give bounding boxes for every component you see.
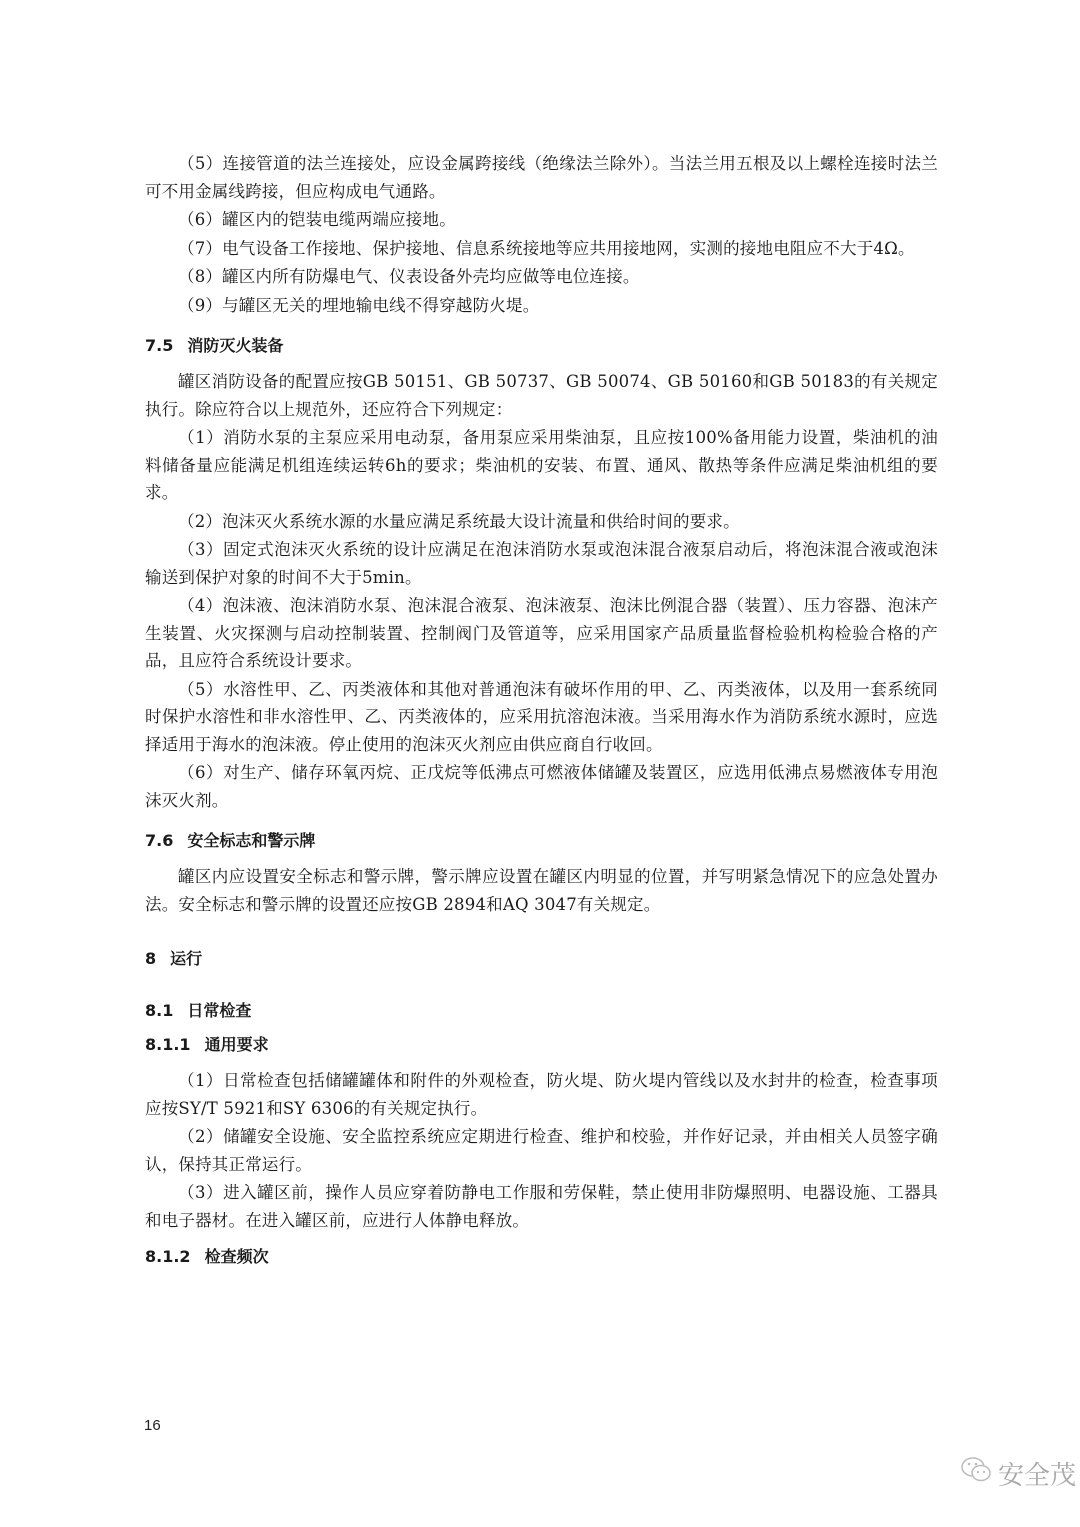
section-number: 8.1 (145, 999, 173, 1023)
section-number: 7.5 (145, 334, 173, 358)
paragraph: （1）日常检查包括储罐罐体和附件的外观检查，防火堤、防火堤内管线以及水封井的检查… (145, 1067, 938, 1122)
paragraph: （2）储罐安全设施、安全监控系统应定期进行检查、维护和校验，并作好记录，并由相关… (145, 1123, 938, 1178)
section-title: 检查频次 (205, 1247, 269, 1266)
paragraph: （5）水溶性甲、乙、丙类液体和其他对普通泡沫有破坏作用的甲、乙、丙类液体，以及用… (145, 676, 938, 759)
watermark: 安全茂 (960, 1455, 1076, 1492)
section-heading-8-1-2: 8.1.2检查频次 (145, 1245, 938, 1269)
section-heading-8-1: 8.1日常检查 (145, 999, 938, 1023)
section-title: 消防灭火装备 (187, 336, 283, 355)
paragraph: （8）罐区内所有防爆电气、仪表设备外壳均应做等电位连接。 (145, 263, 938, 291)
section-number: 8 (145, 947, 156, 971)
paragraph: （3）固定式泡沫灭火系统的设计应满足在泡沫消防水泵或泡沫混合液泵启动后，将泡沫混… (145, 536, 938, 591)
paragraph: （1）消防水泵的主泵应采用电动泵，备用泵应采用柴油泵，且应按100%备用能力设置… (145, 424, 938, 507)
section-number: 8.1.1 (145, 1033, 191, 1057)
section-title: 通用要求 (205, 1035, 269, 1054)
section-title: 运行 (170, 949, 202, 968)
section-title: 安全标志和警示牌 (187, 831, 315, 850)
paragraph: （6）罐区内的铠装电缆两端应接地。 (145, 206, 938, 234)
paragraph: （2）泡沫灭火系统水源的水量应满足系统最大设计流量和供给时间的要求。 (145, 508, 938, 536)
paragraph: （7）电气设备工作接地、保护接地、信息系统接地等应共用接地网，实测的接地电阻应不… (145, 235, 938, 263)
chapter-heading-8: 8运行 (145, 947, 938, 971)
section-title: 日常检查 (187, 1001, 251, 1020)
section-heading-7-5: 7.5消防灭火装备 (145, 334, 938, 358)
paragraph: 罐区内应设置安全标志和警示牌，警示牌应设置在罐区内明显的位置，并写明紧急情况下的… (145, 863, 938, 918)
paragraph: 罐区消防设备的配置应按GB 50151、GB 50737、GB 50074、GB… (145, 368, 938, 423)
document-page: （5）连接管道的法兰连接处，应设金属跨接线（绝缘法兰除外）。当法兰用五根及以上螺… (145, 150, 938, 1269)
section-number: 8.1.2 (145, 1245, 191, 1269)
wechat-icon (960, 1455, 998, 1492)
paragraph: （6）对生产、储存环氧丙烷、正戊烷等低沸点可燃液体储罐及装置区，应选用低沸点易燃… (145, 759, 938, 814)
paragraph: （3）进入罐区前，操作人员应穿着防静电工作服和劳保鞋，禁止使用非防爆照明、电器设… (145, 1179, 938, 1234)
paragraph: （4）泡沫液、泡沫消防水泵、泡沫混合液泵、泡沫液泵、泡沫比例混合器（装置）、压力… (145, 592, 938, 675)
paragraph: （5）连接管道的法兰连接处，应设金属跨接线（绝缘法兰除外）。当法兰用五根及以上螺… (145, 150, 938, 205)
section-heading-8-1-1: 8.1.1通用要求 (145, 1033, 938, 1057)
page-number: 16 (144, 1417, 161, 1434)
watermark-text: 安全茂 (998, 1455, 1076, 1492)
section-heading-7-6: 7.6安全标志和警示牌 (145, 829, 938, 853)
section-number: 7.6 (145, 829, 173, 853)
paragraph: （9）与罐区无关的埋地输电线不得穿越防火堤。 (145, 292, 938, 320)
